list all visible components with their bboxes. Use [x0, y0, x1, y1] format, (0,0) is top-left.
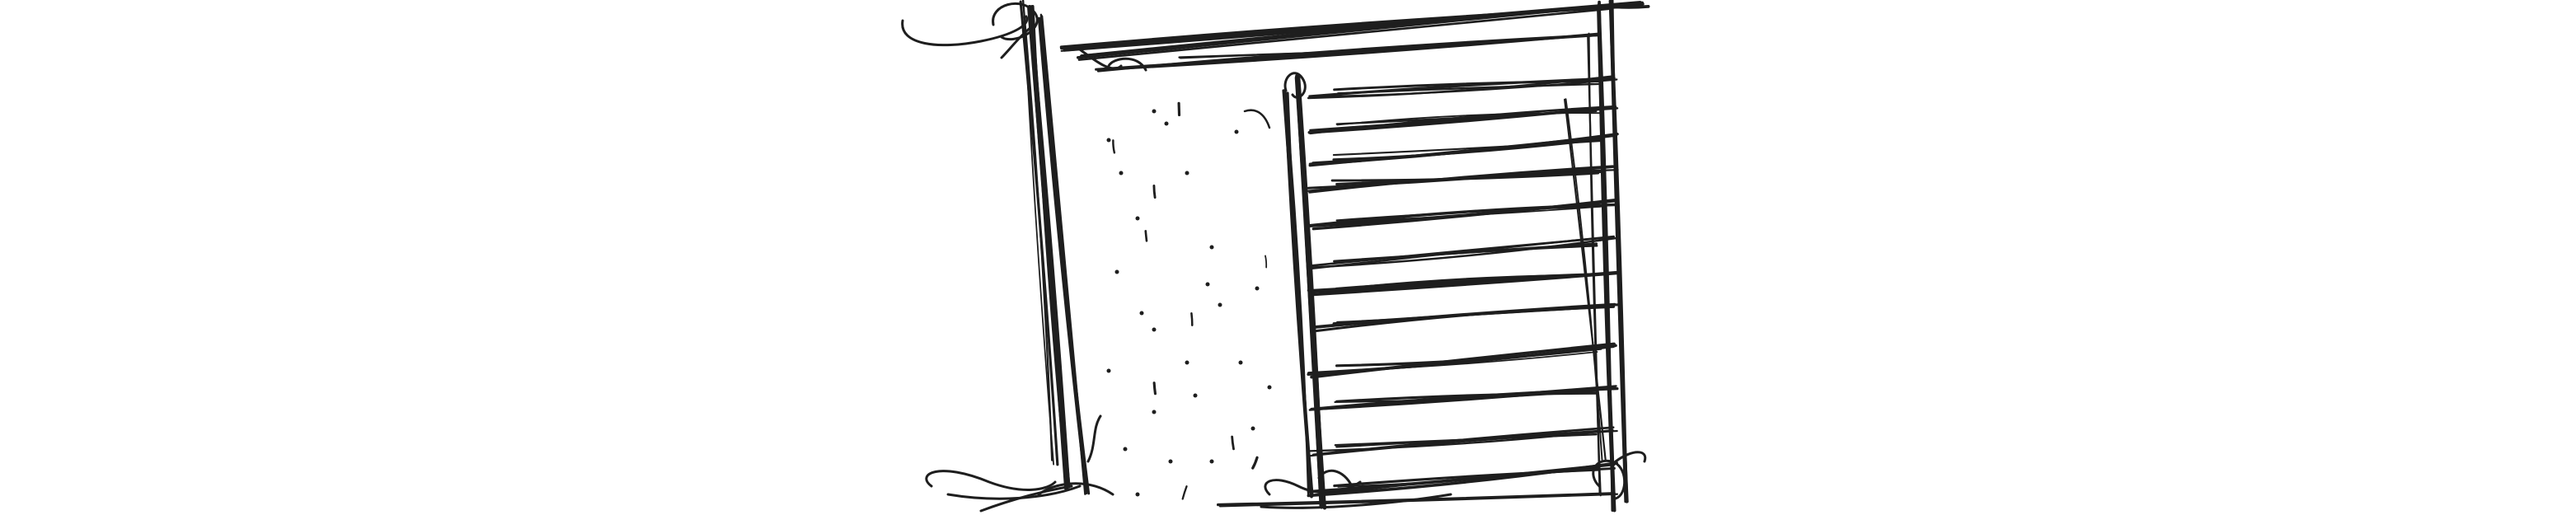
pen-stroke	[1232, 437, 1234, 449]
pen-stroke	[1600, 6, 1649, 7]
stipple-dot	[1107, 138, 1111, 143]
stipple-dot	[1210, 246, 1214, 250]
stipple-dot	[1268, 386, 1272, 390]
pen-stroke	[1146, 231, 1147, 241]
stipple-dot	[1140, 311, 1144, 316]
stipple-dot	[1218, 303, 1222, 307]
pen-stroke	[1154, 185, 1155, 197]
stipple-dot	[1136, 217, 1140, 221]
stipple-dot	[1107, 369, 1111, 373]
stipple-dot	[1152, 328, 1157, 332]
stipple-dot	[1169, 460, 1173, 464]
stipple-dot	[1124, 447, 1128, 452]
stipple-dot	[1185, 361, 1189, 365]
stipple-dot	[1152, 110, 1157, 114]
stipple-dot	[1206, 283, 1210, 287]
stipple-dot	[1152, 410, 1157, 414]
stipple-dot	[1239, 361, 1243, 365]
pen-stroke	[1154, 383, 1155, 394]
stipple-dot	[1255, 287, 1260, 291]
stipple-dot	[1115, 270, 1119, 274]
stipple-dot	[1235, 130, 1239, 134]
stipple-dot	[1119, 171, 1124, 176]
sketch-canvas	[0, 0, 2576, 515]
pen-stroke	[1191, 313, 1192, 325]
stipple-dot	[1251, 427, 1255, 431]
stipple-dot	[1136, 493, 1140, 497]
stipple-dot	[1165, 122, 1169, 126]
stipple-dot	[1185, 171, 1189, 176]
stipple-dot	[1194, 394, 1198, 398]
stipple-dot	[1210, 460, 1214, 464]
